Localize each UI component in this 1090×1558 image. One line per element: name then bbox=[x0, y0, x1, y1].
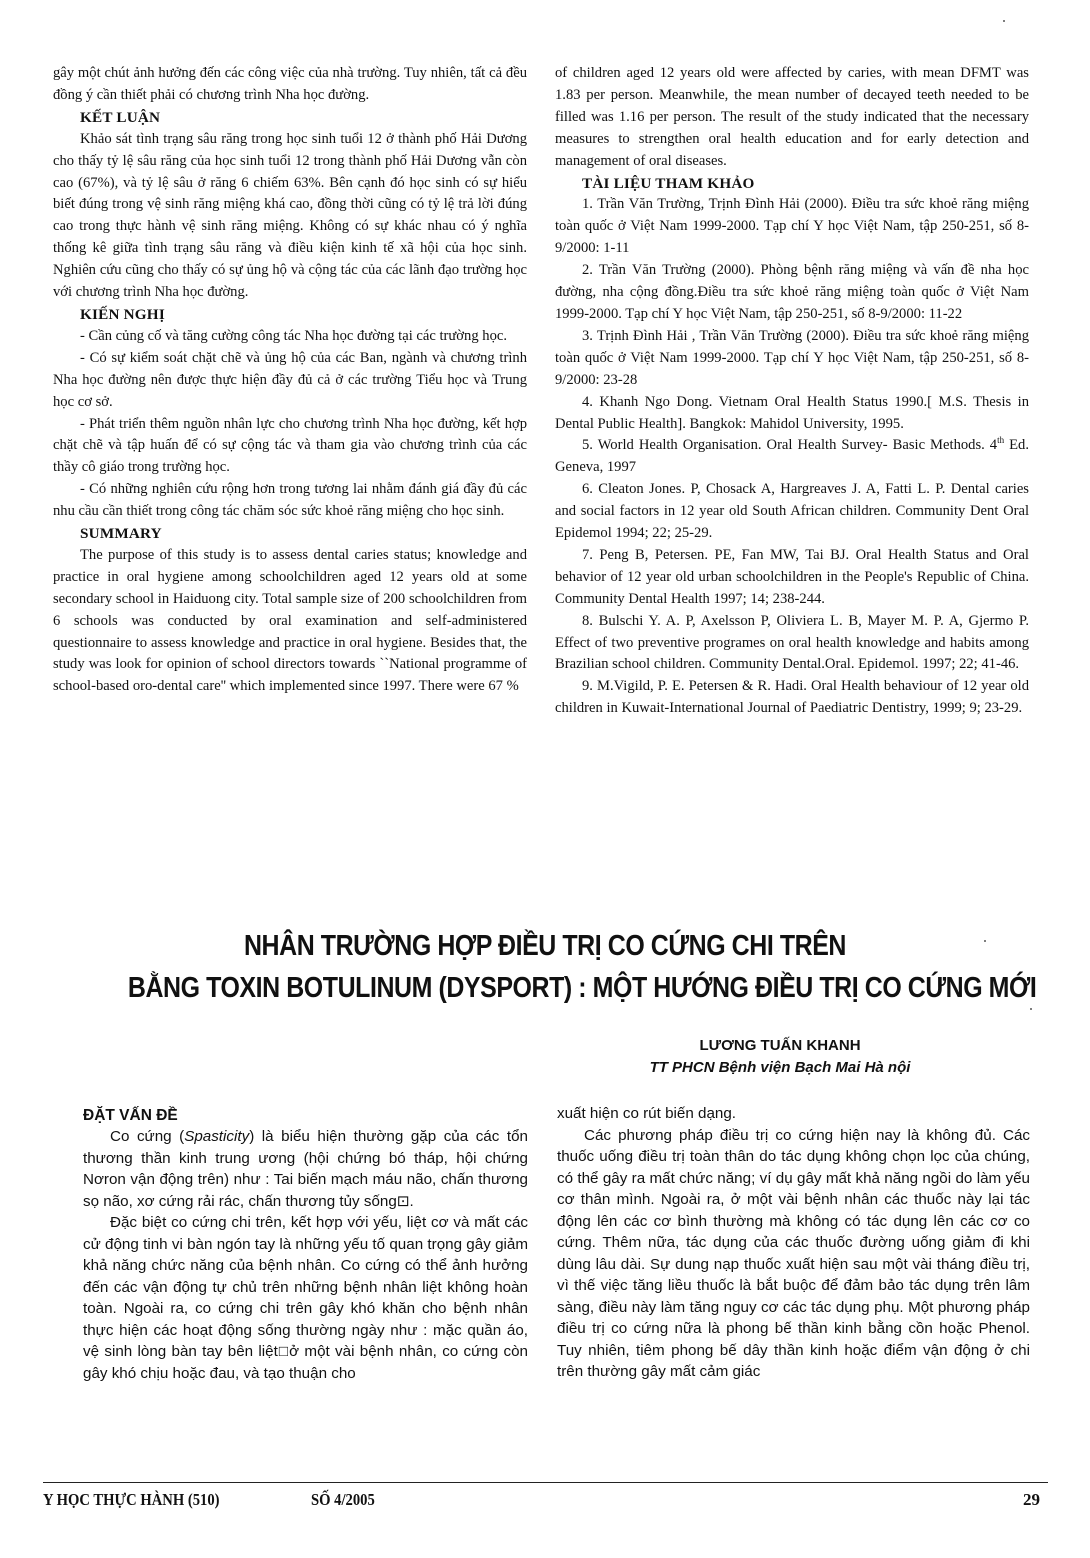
byline: LƯƠNG TUẤN KHANH TT PHCN Bệnh viện Bạch … bbox=[560, 1035, 1000, 1079]
conclusion-heading: KẾT LUẬN bbox=[53, 107, 527, 129]
recommendation-item: - Có những nghiên cứu rộng hơn trong tươ… bbox=[53, 479, 527, 523]
summary-paragraph-continued: of children aged 12 years old were affec… bbox=[555, 63, 1029, 173]
body-paragraph: Co cứng (Spasticity) là biểu hiện thường… bbox=[83, 1126, 528, 1212]
page-footer: Y HỌC THỰC HÀNH (510) SỐ 4/2005 29 bbox=[43, 1490, 1048, 1520]
section-heading: ĐẶT VẤN ĐỀ bbox=[83, 1105, 528, 1126]
reference-text: 5. World Health Organisation. Oral Healt… bbox=[582, 437, 997, 453]
reference-item: 5. World Health Organisation. Oral Healt… bbox=[555, 435, 1029, 479]
reference-item: 3. Trịnh Đình Hải , Trần Văn Trường (200… bbox=[555, 326, 1029, 392]
summary-paragraph: The purpose of this study is to assess d… bbox=[53, 545, 527, 698]
new-article-right-column: xuất hiện co rút biến dạng. Các phương p… bbox=[557, 1103, 1030, 1383]
reference-item: 1. Trần Văn Trường, Trịnh Đình Hải (2000… bbox=[555, 194, 1029, 260]
body-paragraph-continued: xuất hiện co rút biến dạng. bbox=[557, 1103, 1030, 1125]
recommendation-item: - Có sự kiểm soát chặt chẽ và ủng hộ của… bbox=[53, 348, 527, 414]
page-number: 29 bbox=[1023, 1490, 1040, 1510]
previous-article-right-column: of children aged 12 years old were affec… bbox=[555, 63, 1029, 720]
new-article-left-column: ĐẶT VẤN ĐỀ Co cứng (Spasticity) là biểu … bbox=[83, 1105, 528, 1384]
article-title: NHÂN TRƯỜNG HỢP ĐIỀU TRỊ CO CỨNG CHI TRÊ… bbox=[128, 925, 962, 1009]
article-title-line-2: BẰNG TOXIN BOTULINUM (DYSPORT) : MỘT HƯỚ… bbox=[128, 967, 962, 1009]
scan-speck bbox=[1003, 20, 1005, 22]
reference-item: 8. Bulschi Y. A. P, Axelsson P, Oliviera… bbox=[555, 611, 1029, 677]
reference-item: 6. Cleaton Jones. P, Chosack A, Hargreav… bbox=[555, 479, 1029, 545]
body-paragraph: Các phương pháp điều trị co cứng hiện na… bbox=[557, 1125, 1030, 1383]
italic-term: Spasticity bbox=[184, 1128, 249, 1145]
reference-item: 2. Trần Văn Trường (2000). Phòng bệnh ră… bbox=[555, 260, 1029, 326]
recommendations-heading: KIẾN NGHỊ bbox=[53, 304, 527, 326]
scan-speck bbox=[1030, 1008, 1032, 1010]
article-title-line-1: NHÂN TRƯỜNG HỢP ĐIỀU TRỊ CO CỨNG CHI TRÊ… bbox=[128, 925, 962, 967]
scan-speck bbox=[984, 940, 986, 942]
continuation-paragraph: gây một chút ảnh hưởng đến các công việc… bbox=[53, 63, 527, 107]
summary-heading: SUMMARY bbox=[53, 523, 527, 545]
body-paragraph: Đặc biệt co cứng chi trên, kết hợp với y… bbox=[83, 1212, 528, 1384]
reference-item: 9. M.Vigild, P. E. Petersen & R. Hadi. O… bbox=[555, 676, 1029, 720]
footer-rule bbox=[43, 1482, 1048, 1483]
reference-item: 4. Khanh Ngo Dong. Vietnam Oral Health S… bbox=[555, 392, 1029, 436]
author-name: LƯƠNG TUẤN KHANH bbox=[560, 1035, 1000, 1057]
reference-item: 7. Peng B, Petersen. PE, Fan MW, Tai BJ.… bbox=[555, 545, 1029, 611]
references-heading: TÀI LIỆU THAM KHẢO bbox=[555, 173, 1029, 195]
conclusion-paragraph: Khảo sát tình trạng sâu răng trong học s… bbox=[53, 129, 527, 304]
journal-name: Y HỌC THỰC HÀNH (510) bbox=[43, 1490, 220, 1510]
recommendation-item: - Cần củng cố và tăng cường công tác Nha… bbox=[53, 326, 527, 348]
recommendation-item: - Phát triển thêm nguồn nhân lực cho chư… bbox=[53, 414, 527, 480]
previous-article-left-column: gây một chút ảnh hưởng đến các công việc… bbox=[53, 63, 527, 698]
issue-number: SỐ 4/2005 bbox=[311, 1490, 375, 1510]
body-text: Co cứng ( bbox=[110, 1128, 184, 1145]
author-affiliation: TT PHCN Bệnh viện Bạch Mai Hà nội bbox=[560, 1057, 1000, 1079]
